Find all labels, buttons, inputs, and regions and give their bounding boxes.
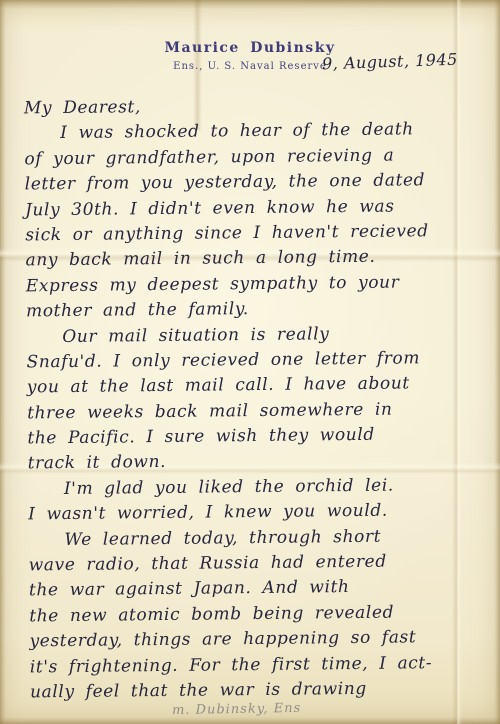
faint-signature: m. Dubinsky, Ens: [172, 701, 301, 718]
scan-edge-left: [0, 0, 6, 724]
letter-body: My Dearest, I was shocked to hear of the…: [24, 92, 490, 706]
letter-paper: Maurice Dubinsky Ens., U. S. Naval Reser…: [0, 0, 500, 724]
letter-line: Snafu'd. I only recieved one letter from: [26, 346, 486, 376]
letter-line: sick or anything since I haven't recieve…: [25, 219, 485, 249]
scan-edge-top: [0, 0, 500, 9]
scan-edge-right: [494, 0, 500, 724]
scan-edge-bottom: [0, 717, 500, 724]
letter-line: letter from you yesterday, the one dated: [25, 168, 485, 198]
letter-line: it's frightening. For the first time, I …: [30, 650, 490, 680]
